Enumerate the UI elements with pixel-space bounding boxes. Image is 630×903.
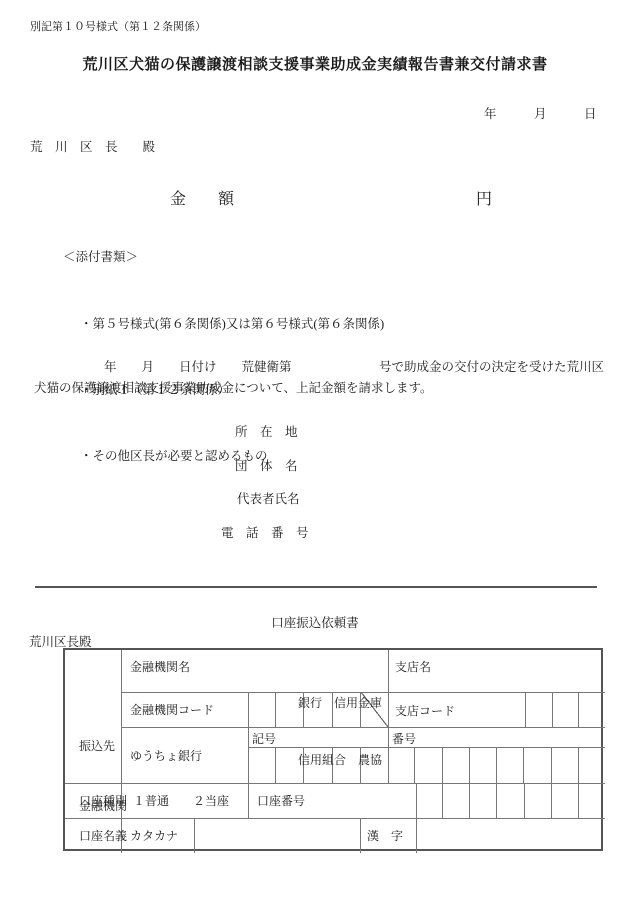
table-line <box>360 818 361 853</box>
account-number-label: 口座番号 <box>257 791 305 811</box>
date-line: 年 月 日 <box>484 104 597 122</box>
branch-code-label: 支店コード <box>395 701 455 721</box>
attachments-heading: ＜添付書類＞ <box>63 247 138 265</box>
body-paragraph-line1: 年 月 日付け 荒健衛第 号で助成金の交付の決定を受けた荒川区 <box>104 357 604 375</box>
body-paragraph-line2: 犬猫の保護譲渡相談支援事業助成金について、上記金額を請求します。 <box>34 378 433 396</box>
page-title: 荒川区犬猫の保護譲渡相談支援事業助成金実績報告書兼交付請求書 <box>0 53 630 74</box>
input-cell <box>388 747 414 783</box>
input-cell <box>551 783 578 818</box>
yucho-bank-label: ゆうちょ銀行 <box>130 746 202 766</box>
branch-name-label: 支店名 <box>395 657 431 677</box>
transfer-form-title: 口座振込依頼書 <box>0 613 630 631</box>
table-line <box>194 818 195 853</box>
branch-code-cells <box>525 692 605 727</box>
input-cell <box>469 783 496 818</box>
input-cell <box>442 783 469 818</box>
input-cell <box>552 692 579 727</box>
table-line <box>65 818 605 819</box>
account-number-cells <box>416 783 605 818</box>
amount-unit-yen: 円 <box>476 186 492 209</box>
katakana-label: カタカナ <box>130 826 178 846</box>
form-number: 別記第１０号様式（第１２条関係） <box>30 18 206 34</box>
input-cell <box>496 783 523 818</box>
institution-name-label: 金融機関名 <box>130 657 190 677</box>
input-cell <box>523 747 550 783</box>
section-divider <box>35 586 597 588</box>
addressee-mayor: 荒 川 区 長 殿 <box>30 137 155 155</box>
field-address-label: 所 在 地 <box>235 422 298 440</box>
field-representative-label: 代表者氏名 <box>237 489 300 507</box>
attachment-item: ・その他区長が必要と認めるもの <box>80 445 384 467</box>
input-cell <box>578 747 605 783</box>
input-cell <box>551 747 578 783</box>
bango-cells <box>388 747 605 783</box>
institution-types-line1: 銀行 信用金庫 <box>240 694 382 713</box>
document-page: 別記第１０号様式（第１２条関係） 荒川区犬猫の保護譲渡相談支援事業助成金実績報告… <box>0 0 630 903</box>
input-cell <box>524 783 551 818</box>
input-cell <box>416 783 442 818</box>
amount-label: 金 額 <box>170 186 234 209</box>
input-cell <box>469 747 496 783</box>
input-cell <box>442 747 469 783</box>
input-cell <box>578 692 605 727</box>
input-cell <box>496 747 523 783</box>
field-org-name-label: 団 体 名 <box>235 456 298 474</box>
kanji-label: 漢 字 <box>367 826 403 846</box>
input-cell <box>414 747 441 783</box>
bank-transfer-table: 振込先 金融機関 金融機関名 銀行 信用金庫 信用組合 農協 支店名 金融機関コ… <box>63 648 603 851</box>
payee-label-line1: 振込先 <box>79 736 127 756</box>
kigo-label: 記号 <box>252 729 276 749</box>
account-name-label: 口座名義 <box>79 826 127 846</box>
institution-code-label: 金融機関コード <box>130 700 214 720</box>
input-cell <box>578 783 605 818</box>
account-type-label: 口座種別 <box>79 791 127 811</box>
bango-label: 番号 <box>392 729 416 749</box>
field-phone-label: 電 話 番 号 <box>221 523 309 541</box>
input-cell <box>526 692 552 727</box>
account-type-options: １普通 ２当座 <box>133 791 229 811</box>
attachment-item: ・第５号様式(第６条関係)又は第６号様式(第６条関係) <box>80 313 384 335</box>
institution-types-line2: 信用組合 農協 <box>240 751 382 770</box>
